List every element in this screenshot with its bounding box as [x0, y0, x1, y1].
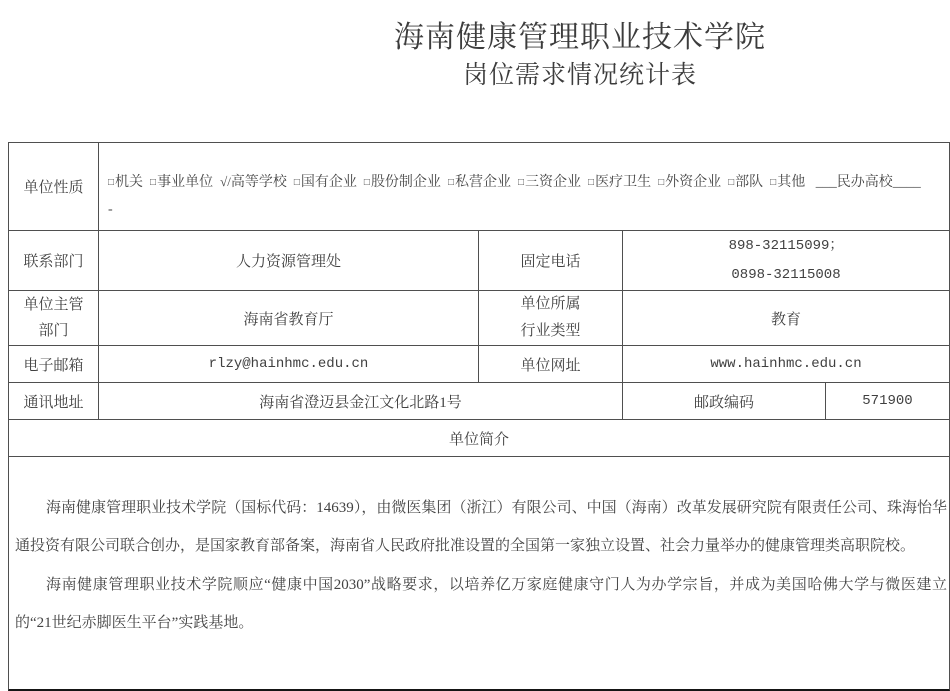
industry-label: 单位所属 行业类型	[479, 291, 623, 346]
address-value: 海南省澄迈县金江文化北路1号	[99, 383, 623, 420]
intro-paragraph-1: 海南健康管理职业技术学院（国标代码：14639），由微医集团（浙江）有限公司、中…	[15, 490, 947, 565]
unit-nature-option: □事业单位	[150, 175, 213, 190]
unit-nature-options: □机关□事业单位√/高等学校□国有企业□股份制企业□私营企业□三资企业□医疗卫生…	[99, 143, 949, 231]
unit-nature-option: □其他	[770, 175, 805, 190]
checkbox-icon: □	[294, 177, 300, 188]
website-label: 单位网址	[479, 346, 623, 383]
email-value: rlzy@hainhmc.edu.cn	[99, 346, 479, 383]
unit-nature-option: □股份制企业	[364, 175, 441, 190]
unit-nature-option: □国有企业	[294, 175, 357, 190]
checkbox-icon: □	[770, 177, 776, 188]
landline-number-2: 0898-32115008	[731, 261, 840, 290]
unit-nature-option: □三资企业	[518, 175, 581, 190]
unit-nature-option: □外资企业	[658, 175, 721, 190]
unit-nature-option: □机关	[108, 175, 143, 190]
postcode-value: 571900	[826, 383, 949, 420]
checkbox-icon: □	[364, 177, 370, 188]
landline-value: 898-32115099； 0898-32115008	[623, 231, 949, 291]
title-line-2: 岗位需求情况统计表	[210, 58, 950, 94]
unit-nature-option: √/高等学校	[220, 175, 287, 190]
checkbox-icon: □	[108, 177, 114, 188]
email-label: 电子邮箱	[9, 346, 99, 383]
unit-nature-label: 单位性质	[9, 143, 99, 231]
document-title: 海南健康管理职业技术学院 岗位需求情况统计表	[210, 18, 950, 94]
supervisor-label: 单位主管部门	[9, 291, 99, 346]
landline-number-1: 898-32115099；	[729, 232, 844, 261]
industry-value: 教育	[623, 291, 949, 346]
checkbox-icon: □	[448, 177, 454, 188]
landline-label: 固定电话	[479, 231, 623, 291]
title-line-1: 海南健康管理职业技术学院	[210, 18, 950, 58]
intro-section-header: 单位简介	[9, 420, 949, 457]
website-value: www.hainhmc.edu.cn	[623, 346, 949, 383]
unit-nature-option: □部队	[728, 175, 763, 190]
unit-nature-option: □私营企业	[448, 175, 511, 190]
contact-dept-value: 人力资源管理处	[99, 231, 479, 291]
checkbox-icon: □	[728, 177, 734, 188]
checkbox-icon: □	[518, 177, 524, 188]
checkbox-icon: □	[658, 177, 664, 188]
contact-dept-label: 联系部门	[9, 231, 99, 291]
info-table: 单位性质 □机关□事业单位√/高等学校□国有企业□股份制企业□私营企业□三资企业…	[8, 142, 950, 691]
postcode-label: 邮政编码	[623, 383, 826, 420]
supervisor-value: 海南省教育厅	[99, 291, 479, 346]
unit-nature-overflow-dash: -	[108, 197, 945, 223]
checkbox-icon: □	[588, 177, 594, 188]
unit-nature-options-line: □机关□事业单位√/高等学校□国有企业□股份制企业□私营企业□三资企业□医疗卫生…	[108, 169, 945, 197]
intro-section-body: 海南健康管理职业技术学院（国标代码：14639），由微医集团（浙江）有限公司、中…	[9, 457, 949, 689]
checkbox-icon: □	[150, 177, 156, 188]
intro-paragraph-2: 海南健康管理职业技术学院顺应“健康中国2030”战略要求，以培养亿万家庭健康守门…	[15, 567, 947, 642]
address-label: 通讯地址	[9, 383, 99, 420]
checkmark-icon: √/	[220, 174, 231, 189]
unit-nature-other-value: ___民办高校____	[812, 175, 921, 190]
unit-nature-option: □医疗卫生	[588, 175, 651, 190]
